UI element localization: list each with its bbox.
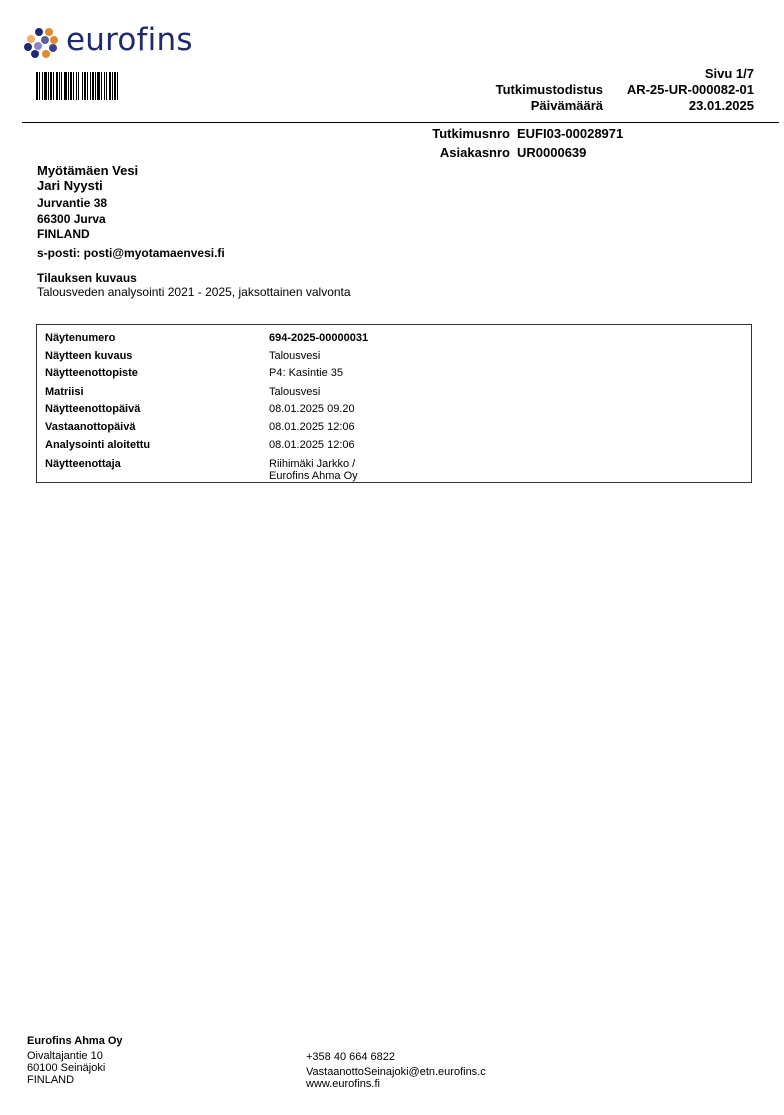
sample-row-label: Vastaanottopäivä (45, 421, 265, 433)
sample-row-label: Näytteenottopäivä (45, 403, 265, 415)
sample-row-label: Analysointi aloitettu (45, 439, 265, 451)
footer-contact: +358 40 664 6822 VastaanottoSeinajoki@et… (306, 1051, 486, 1090)
header-divider (22, 122, 779, 123)
footer-phone: +358 40 664 6822 (306, 1051, 486, 1063)
sample-row-value: 08.01.2025 12:06 (269, 439, 569, 451)
recipient-street: Jurvantie 38 (37, 196, 225, 212)
sample-row-value: Talousvesi (269, 386, 569, 398)
study-number-label: Tutkimusnro (432, 126, 510, 142)
footer-country: FINLAND (27, 1074, 123, 1086)
footer-postal: 60100 Seinäjoki (27, 1062, 123, 1074)
study-number: EUFI03-00028971 (517, 126, 623, 142)
recipient-address: Myötämäen Vesi Jari Nyysti Jurvantie 38 … (37, 163, 225, 261)
logo-wordmark: eurofins (66, 22, 193, 58)
date-label: Päivämäärä (531, 98, 603, 114)
sample-row-value: 08.01.2025 09.20 (269, 403, 569, 415)
sample-row-value-line2: Eurofins Ahma Oy (269, 470, 569, 482)
sample-row-label: Näytteenottopiste (45, 367, 265, 379)
recipient-email: s-posti: posti@myotamaenvesi.fi (37, 246, 225, 262)
sample-row-value: P4: Kasintie 35 (269, 367, 569, 379)
report-label: Tutkimustodistus (496, 82, 603, 98)
recipient-contact: Jari Nyysti (37, 178, 225, 193)
order-section: Tilauksen kuvaus Talousveden analysointi… (37, 271, 351, 300)
sample-row-value: Riihimäki Jarkko / (269, 458, 569, 470)
order-description: Talousveden analysointi 2021 - 2025, jak… (37, 285, 351, 300)
barcode-icon (36, 72, 172, 100)
sample-row-label: Näytenumero (45, 332, 265, 344)
sample-info-table: Näytenumero 694-2025-00000031 Näytteen k… (36, 324, 752, 483)
eurofins-logo: eurofins (24, 26, 194, 60)
page-number: Sivu 1/7 (705, 66, 754, 82)
eurofins-dots-logo-icon (24, 28, 60, 60)
recipient-country: FINLAND (37, 227, 225, 243)
footer-website[interactable]: www.eurofins.fi (306, 1078, 486, 1090)
recipient-postal: 66300 Jurva (37, 212, 225, 228)
recipient-organization: Myötämäen Vesi (37, 163, 225, 178)
footer-street: Oivaltajantie 10 (27, 1050, 123, 1062)
sample-row-label: Matriisi (45, 386, 265, 398)
customer-number: UR0000639 (517, 145, 586, 161)
footer-company-address: Eurofins Ahma Oy Oivaltajantie 10 60100 … (27, 1035, 123, 1086)
sample-row-value: 08.01.2025 12:06 (269, 421, 569, 433)
sample-row-label: Näytteen kuvaus (45, 350, 265, 362)
order-title: Tilauksen kuvaus (37, 271, 351, 285)
report-number: AR-25-UR-000082-01 (627, 82, 754, 98)
sample-row-label: Näytteenottaja (45, 458, 265, 470)
footer-company: Eurofins Ahma Oy (27, 1035, 123, 1047)
report-date: 23.01.2025 (689, 98, 754, 114)
sample-row-value: Talousvesi (269, 350, 569, 362)
sample-row-value: 694-2025-00000031 (269, 332, 569, 344)
customer-number-label: Asiakasnro (440, 145, 510, 161)
footer-email[interactable]: VastaanottoSeinajoki@etn.eurofins.com (306, 1066, 486, 1078)
